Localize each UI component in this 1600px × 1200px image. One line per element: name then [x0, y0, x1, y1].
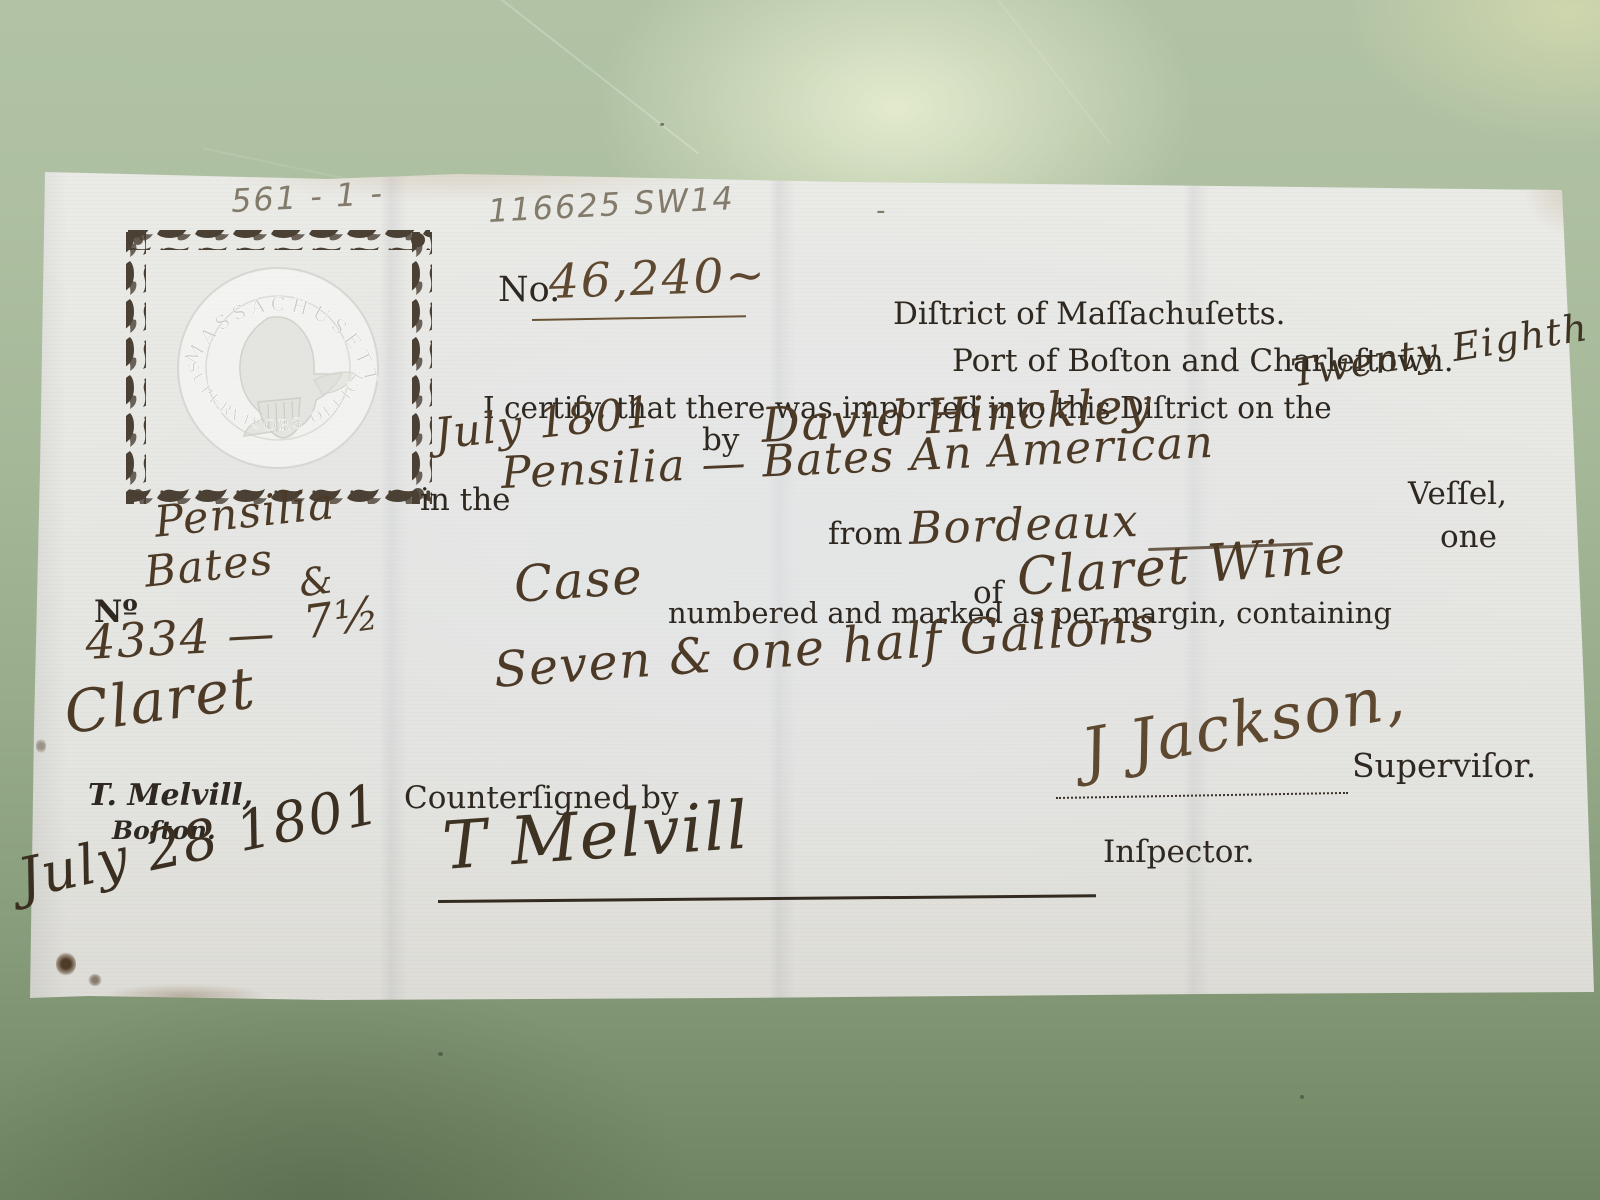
district-heading: Diſtrict of Maſſachuſetts.	[893, 296, 1286, 332]
pencil-dash: -	[876, 196, 887, 226]
number-underline	[532, 315, 746, 321]
hw-package: Case	[512, 547, 645, 614]
embossed-seal: MASSACHUSETTS SUPERVISORS OFFICE	[118, 222, 382, 468]
pencil-annotation-right: 116625 SW14	[487, 179, 736, 230]
supervisor-signature-rule	[1056, 792, 1348, 799]
vessel-label: Veſſel,	[1408, 476, 1507, 512]
hw-import-date: Twenty Eighth of	[1288, 297, 1600, 396]
frame-top	[128, 230, 430, 250]
in-the-label: in the	[420, 482, 511, 518]
frame-corner	[133, 235, 143, 245]
frame-right	[412, 232, 432, 504]
frame-corner	[411, 233, 425, 247]
margin-quantity: 7½	[300, 585, 384, 649]
document-content: MASSACHUSETTS SUPERVISORS OFFICE 561 - 1…	[0, 0, 1600, 1200]
inspector-signature-rule	[438, 894, 1096, 903]
frame-left	[126, 232, 146, 504]
inspector-label: Inſpector.	[1103, 834, 1255, 870]
photograph-background: MASSACHUSETTS SUPERVISORS OFFICE 561 - 1…	[0, 0, 1600, 1200]
certificate-number-value: 46,240~	[548, 247, 768, 310]
from-label: from	[828, 516, 902, 552]
one-label: one	[1440, 519, 1497, 555]
seal-frame: MASSACHUSETTS SUPERVISORS OFFICE	[118, 222, 440, 514]
frame-corner	[133, 489, 143, 499]
pencil-annotation-left: 561 - 1 -	[230, 174, 385, 220]
supervisor-label: Superviſor.	[1352, 746, 1536, 785]
